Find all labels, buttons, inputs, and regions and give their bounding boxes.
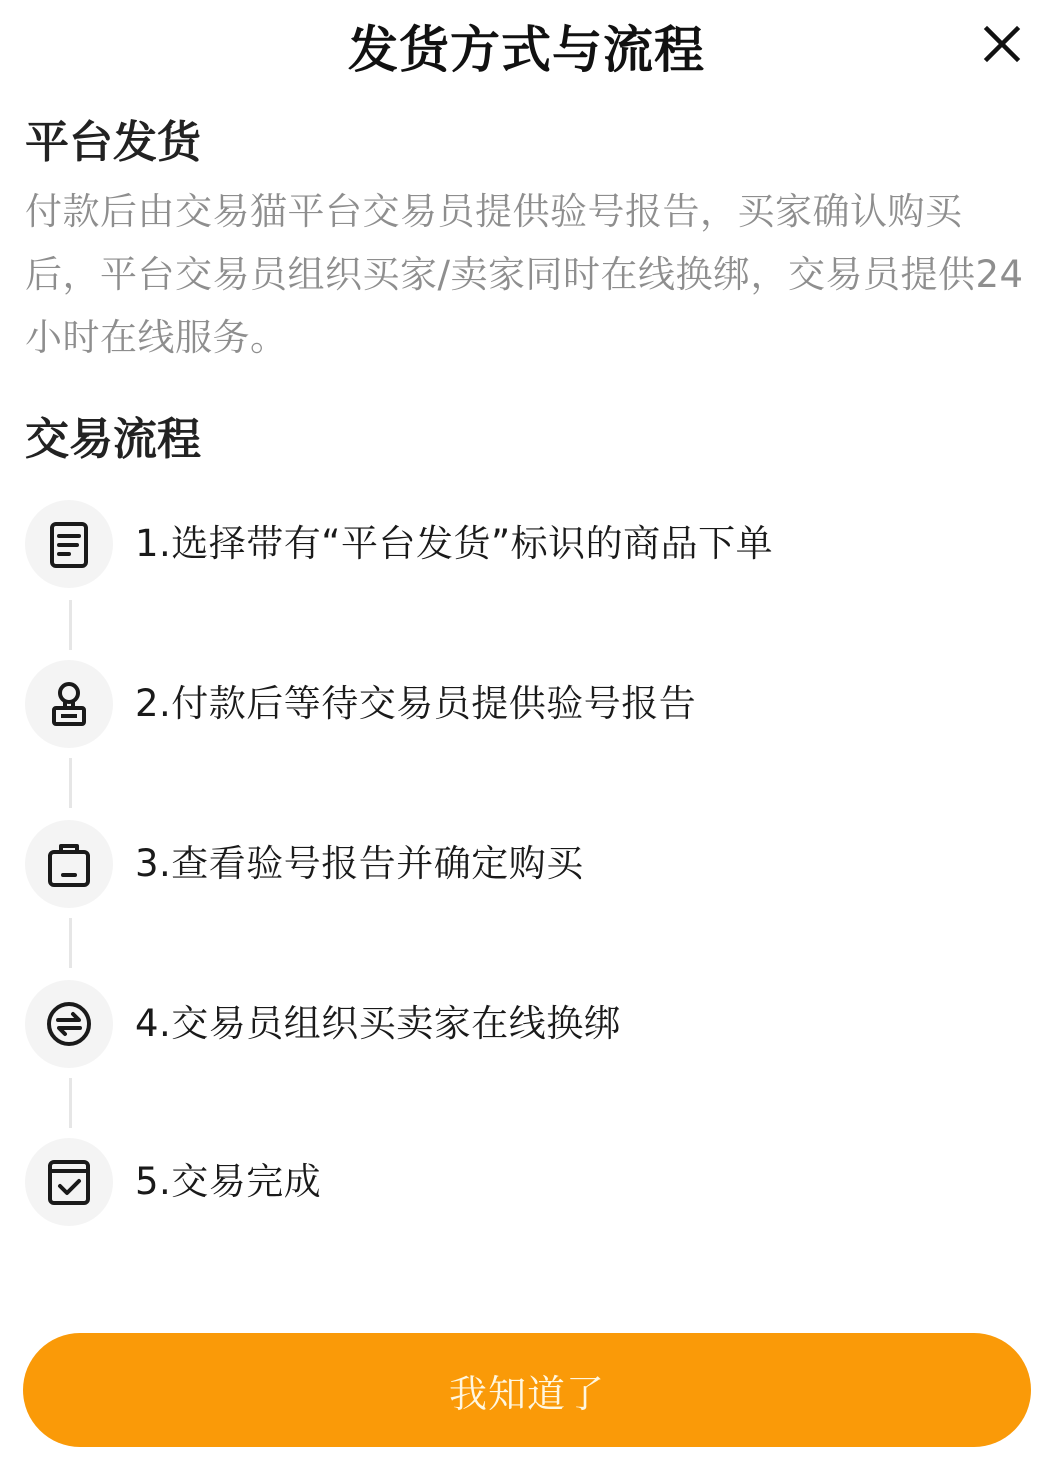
dialog-title: 发货方式与流程 <box>0 20 1053 80</box>
process-step-3: 3.查看验号报告并确定购买 <box>0 820 1053 910</box>
step-label: 1.选择带有“平台发货”标识的商品下单 <box>135 519 773 569</box>
step-icon-container <box>25 1138 113 1226</box>
document-list-icon <box>43 518 95 570</box>
shopping-bag-icon <box>43 838 95 890</box>
confirm-button[interactable]: 我知道了 <box>23 1333 1031 1447</box>
step-label: 2.付款后等待交易员提供验号报告 <box>135 679 696 729</box>
dialog-header: 发货方式与流程 <box>0 0 1053 100</box>
stamp-icon <box>43 678 95 730</box>
delivery-section-title: 平台发货 <box>25 117 201 169</box>
step-label: 5.交易完成 <box>135 1157 321 1207</box>
confirm-button-label: 我知道了 <box>449 1363 605 1418</box>
step-icon-container <box>25 660 113 748</box>
process-section-title: 交易流程 <box>25 414 201 466</box>
step-connector <box>69 918 72 968</box>
process-step-1: 1.选择带有“平台发货”标识的商品下单 <box>0 500 1053 590</box>
checked-box-icon <box>43 1156 95 1208</box>
step-connector <box>69 600 72 650</box>
close-button[interactable] <box>980 22 1024 66</box>
step-icon-container <box>25 500 113 588</box>
exchange-arrows-icon <box>43 998 95 1050</box>
step-icon-container <box>25 820 113 908</box>
step-label: 3.查看验号报告并确定购买 <box>135 839 584 889</box>
close-icon <box>980 22 1024 66</box>
step-label: 4.交易员组织买卖家在线换绑 <box>135 999 621 1049</box>
delivery-info-dialog: 发货方式与流程 平台发货 付款后由交易猫平台交易员提供验号报告，买家确认购买后，… <box>0 0 1053 1471</box>
process-step-5: 5.交易完成 <box>0 1138 1053 1228</box>
delivery-description: 付款后由交易猫平台交易员提供验号报告，买家确认购买后，平台交易员组织买家/卖家同… <box>25 180 1035 369</box>
process-step-4: 4.交易员组织买卖家在线换绑 <box>0 980 1053 1070</box>
step-connector <box>69 1078 72 1128</box>
step-icon-container <box>25 980 113 1068</box>
process-step-2: 2.付款后等待交易员提供验号报告 <box>0 660 1053 750</box>
step-connector <box>69 758 72 808</box>
